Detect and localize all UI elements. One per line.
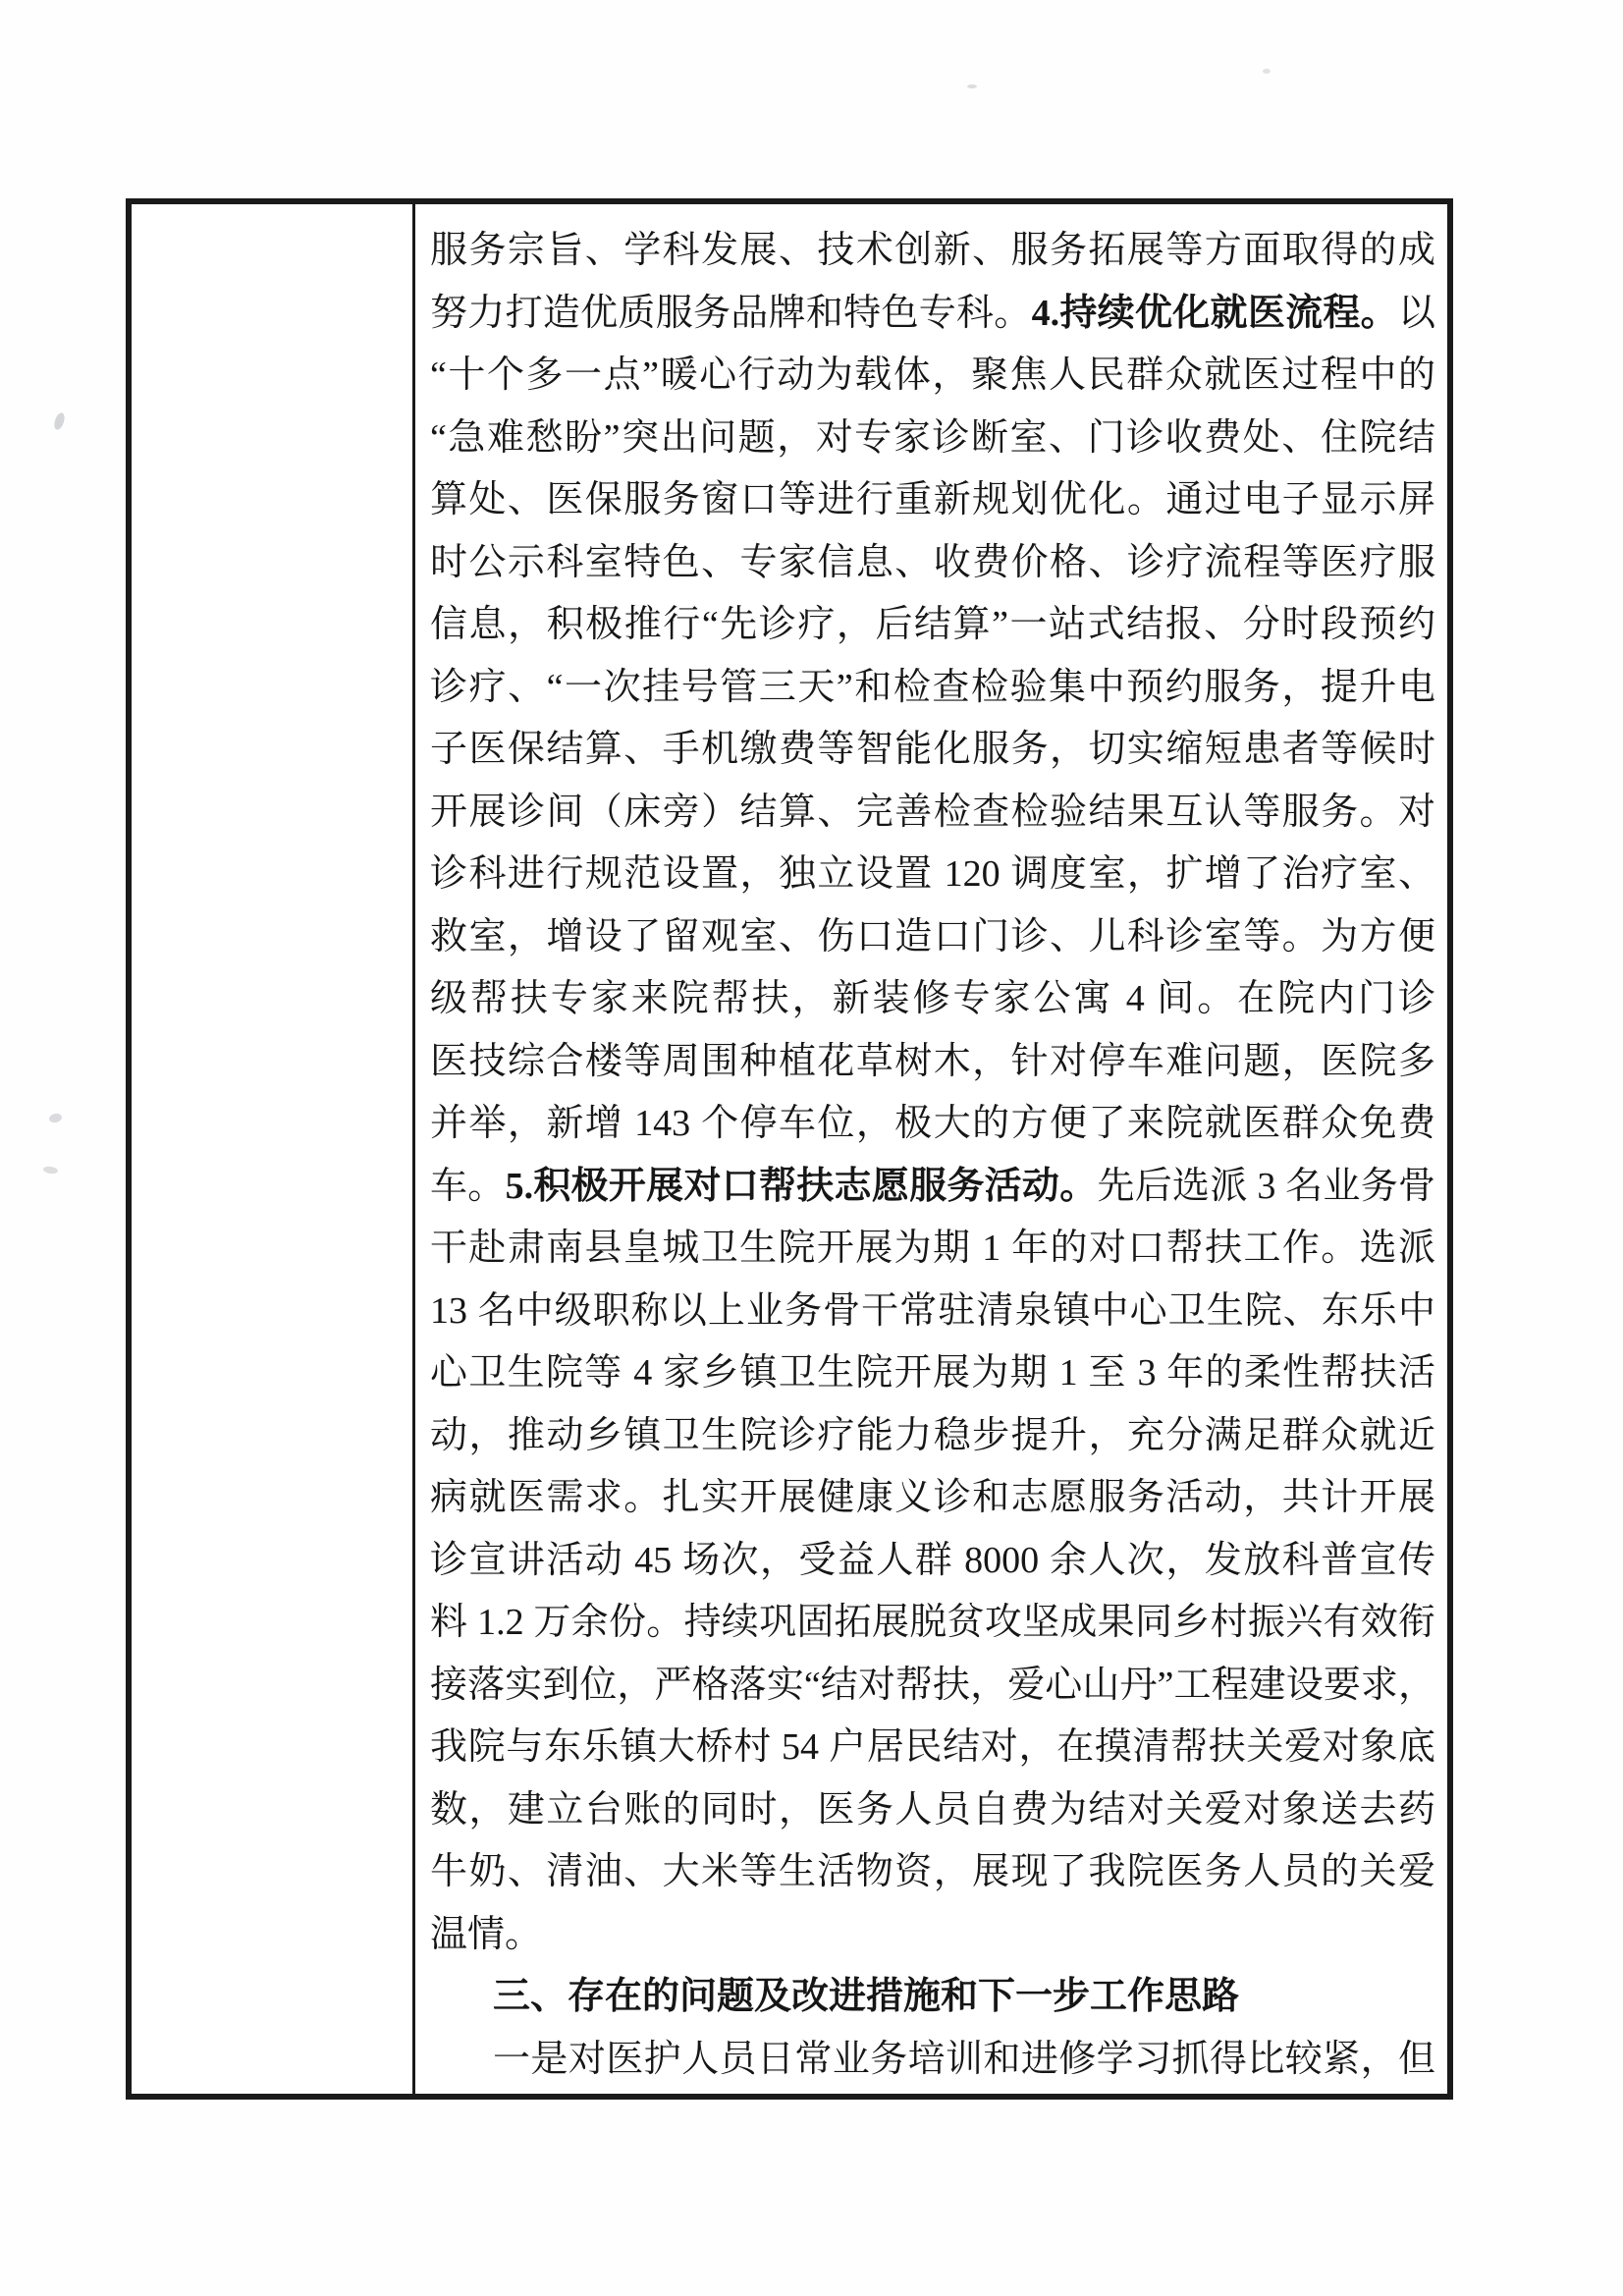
text-line: 努力打造优质服务品牌和特色专科。4.持续优化就医流程。以 bbox=[430, 283, 1435, 346]
text-line: 医技综合楼等周围种植花草树木，针对停车难问题，医院多措 bbox=[430, 1031, 1435, 1094]
scan-speck bbox=[1263, 69, 1271, 74]
body-text: 13 名中级职称以上业务骨干常驻清泉镇中心卫生院、东乐中 bbox=[430, 1290, 1435, 1332]
text-line: 心卫生院等 4 家乡镇卫生院开展为期 1 至 3 年的柔性帮扶活 bbox=[430, 1342, 1435, 1405]
body-text: 诊疗、“一次挂号管三天”和检查检验集中预约服务，提升电 bbox=[430, 667, 1435, 708]
text-line: 车。5.积极开展对口帮扶志愿服务活动。先后选派 3 名业务骨 bbox=[430, 1156, 1435, 1219]
body-text: 信息，积极推行“先诊疗，后结算”一站式结报、分时段预约 bbox=[430, 604, 1435, 645]
text-line: 病就医需求。扎实开展健康义诊和志愿服务活动，共计开展义 bbox=[430, 1467, 1435, 1530]
text-line: 级帮扶专家来院帮扶，新装修专家公寓 4 间。在院内门诊楼、 bbox=[430, 968, 1435, 1031]
body-text: 先后选派 3 名业务骨 bbox=[1097, 1166, 1435, 1207]
body-text: 努力打造优质服务品牌和特色专科。 bbox=[430, 293, 1032, 334]
body-text: 子医保结算、手机缴费等智能化服务，切实缩短患者等候时间， bbox=[430, 729, 1435, 782]
body-text: 并举，新增 143 个停车位，极大的方便了来院就医群众免费停 bbox=[430, 1103, 1435, 1156]
body-text: 一是对医护人员日常业务培训和进修学习抓得比较紧，但 bbox=[493, 2039, 1435, 2080]
body-text: 开展诊间（床旁）结算、完善检查检验结果互认等服务。对急 bbox=[430, 792, 1435, 845]
text-line: 救室，增设了留观室、伤口造口门诊、儿科诊室等。为方便省 bbox=[430, 906, 1435, 969]
body-text: 温情。 bbox=[430, 1914, 542, 1955]
text-line: 时公示科室特色、专家信息、收费价格、诊疗流程等医疗服务 bbox=[430, 532, 1435, 595]
text-line: 我院与东乐镇大桥村 54 户居民结对，在摸清帮扶关爱对象底 bbox=[430, 1717, 1435, 1779]
body-text: 以 bbox=[1398, 293, 1435, 334]
body-text: 服务宗旨、学科发展、技术创新、服务拓展等方面取得的成绩， bbox=[430, 230, 1435, 283]
body-text: 料 1.2 万余份。持续巩固拓展脱贫攻坚成果同乡村振兴有效衔 bbox=[430, 1602, 1435, 1643]
text-line: “十个多一点”暖心行动为载体，聚焦人民群众就医过程中的 bbox=[430, 345, 1435, 408]
text-line: 诊疗、“一次挂号管三天”和检查检验集中预约服务，提升电 bbox=[430, 657, 1435, 720]
body-text: “十个多一点”暖心行动为载体，聚焦人民群众就医过程中的 bbox=[430, 355, 1435, 396]
body-text: 级帮扶专家来院帮扶，新装修专家公寓 4 间。在院内门诊楼、 bbox=[430, 978, 1435, 1031]
body-text: 心卫生院等 4 家乡镇卫生院开展为期 1 至 3 年的柔性帮扶活 bbox=[430, 1352, 1435, 1394]
body-text: 医技综合楼等周围种植花草树木，针对停车难问题，医院多措 bbox=[430, 1041, 1435, 1094]
body-text: 我院与东乐镇大桥村 54 户居民结对，在摸清帮扶关爱对象底 bbox=[430, 1726, 1435, 1768]
text-line: 接落实到位，严格落实“结对帮扶，爱心山丹”工程建设要求， bbox=[430, 1655, 1435, 1718]
emphasis-text: 4.持续优化就医流程。 bbox=[1032, 293, 1398, 334]
text-line: 子医保结算、手机缴费等智能化服务，切实缩短患者等候时间， bbox=[430, 719, 1435, 782]
body-text: “急难愁盼”突出问题，对专家诊断室、门诊收费处、住院结 bbox=[430, 417, 1435, 459]
body-text: 牛奶、清油、大米等生活物资，展现了我院医务人员的关爱与 bbox=[430, 1851, 1435, 1904]
scan-speck bbox=[43, 1166, 59, 1175]
text-line: 三、存在的问题及改进措施和下一步工作思路 bbox=[430, 1966, 1435, 2029]
text-line: “急难愁盼”突出问题，对专家诊断室、门诊收费处、住院结 bbox=[430, 408, 1435, 470]
report-table: 服务宗旨、学科发展、技术创新、服务拓展等方面取得的成绩，努力打造优质服务品牌和特… bbox=[126, 198, 1453, 2100]
text-line: 干赴肃南县皇城卫生院开展为期 1 年的对口帮扶工作。选派 bbox=[430, 1218, 1435, 1281]
text-line: 13 名中级职称以上业务骨干常驻清泉镇中心卫生院、东乐中 bbox=[430, 1281, 1435, 1343]
scan-speck bbox=[52, 411, 66, 431]
emphasis-text: 三、存在的问题及改进措施和下一步工作思路 bbox=[493, 1976, 1239, 2017]
body-text: 车。 bbox=[430, 1166, 506, 1207]
text-line: 诊宣讲活动 45 场次，受益人群 8000 余人次，发放科普宣传资 bbox=[430, 1530, 1435, 1593]
body-text: 干赴肃南县皇城卫生院开展为期 1 年的对口帮扶工作。选派 bbox=[430, 1228, 1435, 1269]
scanned-document-page: 服务宗旨、学科发展、技术创新、服务拓展等方面取得的成绩，努力打造优质服务品牌和特… bbox=[0, 0, 1623, 2296]
body-text: 时公示科室特色、专家信息、收费价格、诊疗流程等医疗服务 bbox=[430, 542, 1435, 595]
text-line: 料 1.2 万余份。持续巩固拓展脱贫攻坚成果同乡村振兴有效衔 bbox=[430, 1592, 1435, 1655]
text-line: 算处、医保服务窗口等进行重新规划优化。通过电子显示屏及 bbox=[430, 469, 1435, 532]
body-text: 数，建立台账的同时，医务人员自费为结对关爱对象送去药品、 bbox=[430, 1789, 1435, 1842]
text-line: 并举，新增 143 个停车位，极大的方便了来院就医群众免费停 bbox=[430, 1093, 1435, 1156]
text-line: 温情。 bbox=[430, 1904, 1435, 1967]
body-text: 诊科进行规范设置，独立设置 120 调度室，扩增了治疗室、抢 bbox=[430, 853, 1435, 906]
table-cell-content: 服务宗旨、学科发展、技术创新、服务拓展等方面取得的成绩，努力打造优质服务品牌和特… bbox=[415, 204, 1447, 2094]
text-line: 开展诊间（床旁）结算、完善检查检验结果互认等服务。对急 bbox=[430, 782, 1435, 845]
scan-speck bbox=[48, 1113, 63, 1124]
text-line: 动，推动乡镇卫生院诊疗能力稳步提升，充分满足群众就近看 bbox=[430, 1405, 1435, 1468]
body-text: 接落实到位，严格落实“结对帮扶，爱心山丹”工程建设要求， bbox=[430, 1665, 1435, 1706]
body-text: 病就医需求。扎实开展健康义诊和志愿服务活动，共计开展义 bbox=[430, 1477, 1435, 1530]
emphasis-text: 5.积极开展对口帮扶志愿服务活动。 bbox=[506, 1166, 1098, 1207]
body-text: 动，推动乡镇卫生院诊疗能力稳步提升，充分满足群众就近看 bbox=[430, 1415, 1435, 1468]
body-text: 救室，增设了留观室、伤口造口门诊、儿科诊室等。为方便省 bbox=[430, 916, 1435, 969]
text-line: 服务宗旨、学科发展、技术创新、服务拓展等方面取得的成绩， bbox=[430, 220, 1435, 283]
table-cell-label bbox=[132, 204, 415, 2094]
scan-speck bbox=[967, 84, 977, 88]
body-text: 诊宣讲活动 45 场次，受益人群 8000 余人次，发放科普宣传资 bbox=[430, 1540, 1435, 1593]
text-line: 一是对医护人员日常业务培训和进修学习抓得比较紧，但 bbox=[430, 2029, 1435, 2092]
body-text: 算处、医保服务窗口等进行重新规划优化。通过电子显示屏及 bbox=[430, 479, 1435, 532]
text-line: 数，建立台账的同时，医务人员自费为结对关爱对象送去药品、 bbox=[430, 1779, 1435, 1842]
text-line: 信息，积极推行“先诊疗，后结算”一站式结报、分时段预约 bbox=[430, 594, 1435, 657]
text-line: 牛奶、清油、大米等生活物资，展现了我院医务人员的关爱与 bbox=[430, 1841, 1435, 1904]
text-line: 诊科进行规范设置，独立设置 120 调度室，扩增了治疗室、抢 bbox=[430, 844, 1435, 906]
